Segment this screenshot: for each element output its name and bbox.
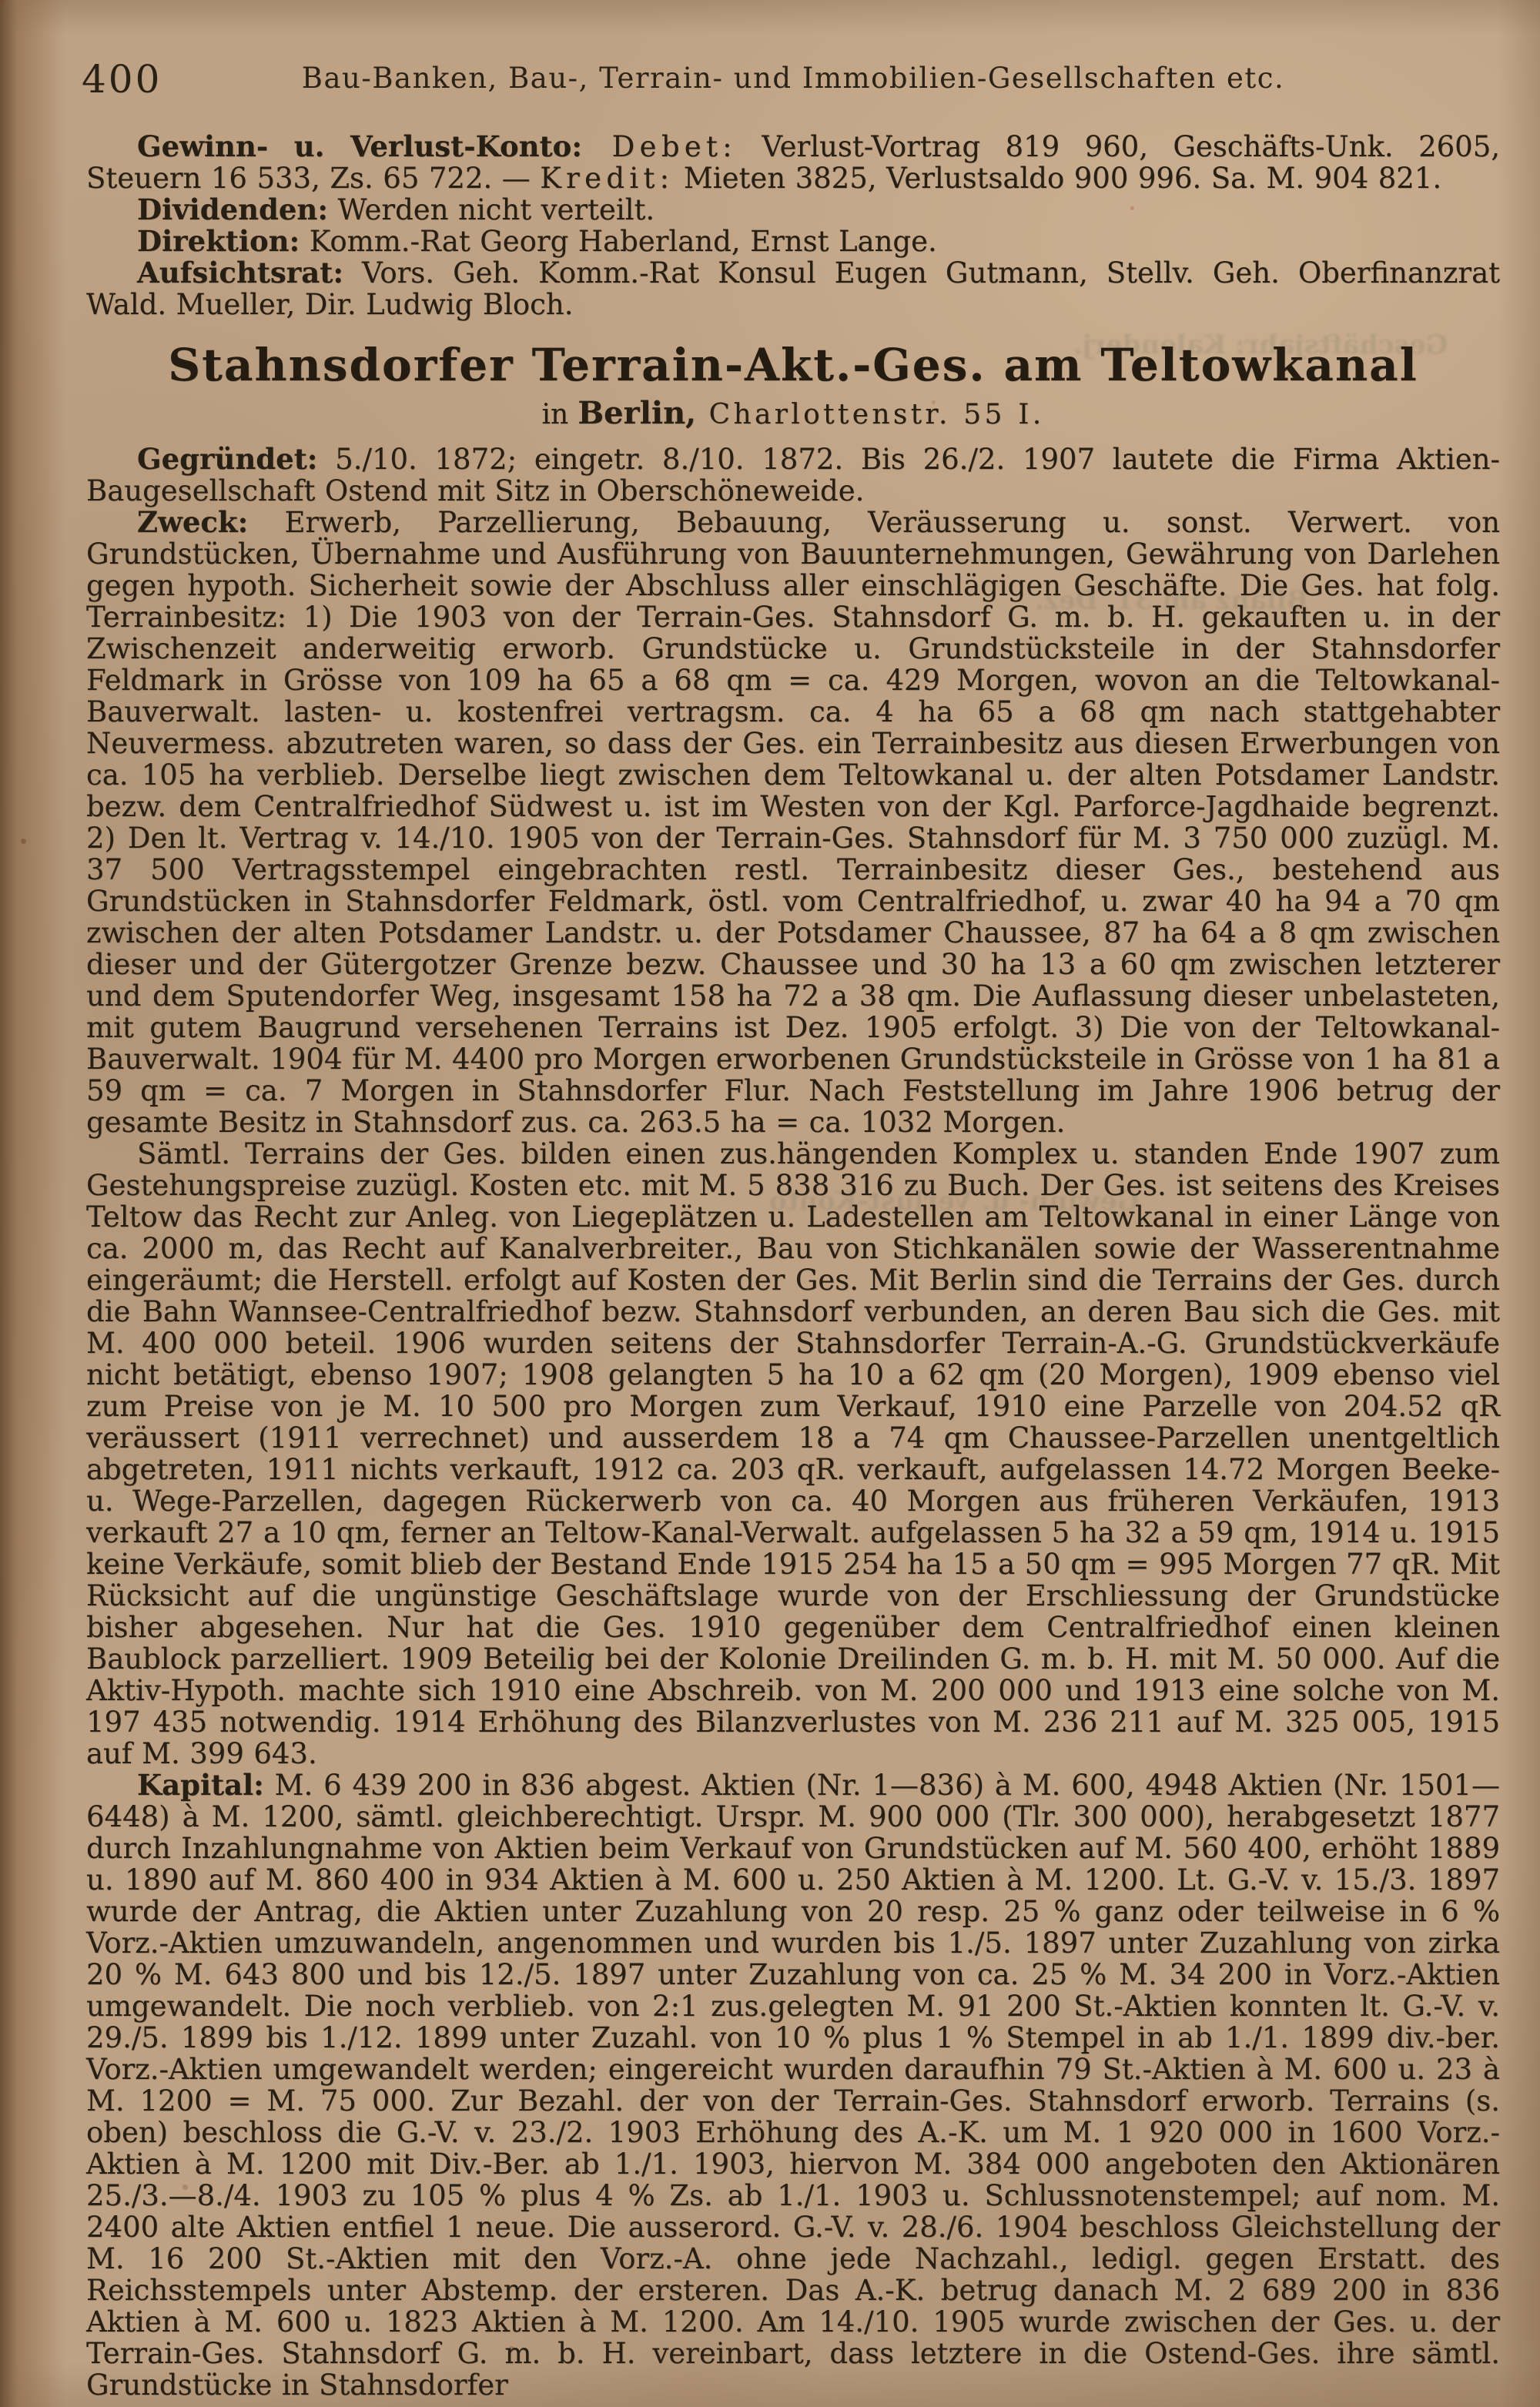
dividends-label: Dividenden: [137,192,328,226]
location-address: Charlottenstr. 55 I. [696,399,1044,430]
paragraph-terrain-history: Sämtl. Terrains der Ges. bilden einen zu… [86,1138,1500,1769]
supervisory-board-label: Aufsichtsrat: [137,256,343,290]
running-header-title: Bau-Banken, Bau-, Terrain- und Immobilie… [86,57,1500,95]
scanned-book-page: Geschäftsjahr: Kalenderj. Bilanz am 31. … [0,0,1540,2407]
dividends-text: Werden nicht verteilt. [328,193,654,226]
paragraph-founded: Gegründet: 5./10. 1872; eingetr. 8./10. … [86,444,1500,507]
management-label: Direktion: [137,224,300,258]
debet-label: Debet: [582,130,737,163]
purpose-text: Erwerb, Parzellierung, Bebauung, Veräuss… [86,506,1500,1139]
location-prefix: in [541,399,577,430]
paragraph-capital: Kapital: M. 6 439 200 in 836 abgest. Akt… [86,1769,1500,2401]
paragraph-purpose: Zweck: Erwerb, Parzellierung, Bebauung, … [86,507,1500,1138]
paragraph-supervisory-board: Aufsichtsrat: Vors. Geh. Komm.-Rat Konsu… [86,257,1500,320]
terrain-history-text: Sämtl. Terrains der Ges. bilden einen zu… [86,1137,1500,1770]
kredit-text: Mieten 3825, Verlustsaldo 900 996. Sa. M… [674,162,1441,195]
founded-label: Gegründet: [137,442,317,476]
company-entry-title: Stahnsdorfer Terrain-Akt.-Ges. am Teltow… [86,340,1500,390]
kredit-label: Kredit: [540,162,674,195]
company-entry-subtitle: in Berlin, Charlottenstr. 55 I. [86,396,1500,433]
page-body: Gewinn- u. Verlust-Konto: Debet: Verlust… [86,131,1500,2401]
capital-text: M. 6 439 200 in 836 abgest. Aktien (Nr. … [86,1769,1500,2402]
profit-loss-label: Gewinn- u. Verlust-Konto: [137,129,582,163]
page-number: 400 [82,57,162,102]
paragraph-management: Direktion: Komm.-Rat Georg Haberland, Er… [86,226,1500,257]
capital-label: Kapital: [137,1768,264,1802]
management-text: Komm.-Rat Georg Haberland, Ernst Lange. [300,225,937,258]
location-city: Berlin, [577,395,696,431]
purpose-label: Zweck: [137,505,248,539]
paragraph-dividends: Dividenden: Werden nicht verteilt. [86,194,1500,226]
paper-speckle [0,0,4,4]
running-header: 400 Bau-Banken, Bau-, Terrain- und Immob… [86,57,1500,111]
paragraph-profit-loss-account: Gewinn- u. Verlust-Konto: Debet: Verlust… [86,131,1500,194]
